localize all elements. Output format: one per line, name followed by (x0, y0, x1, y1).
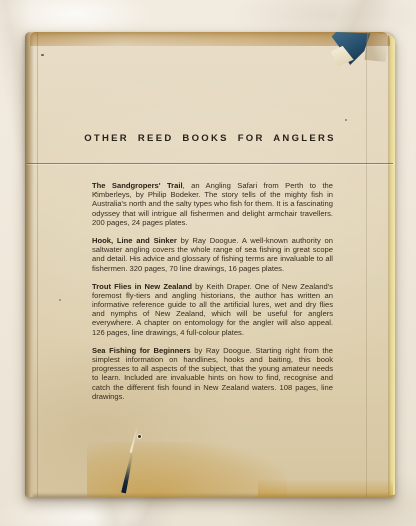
age-speck (41, 54, 44, 56)
listing-trout-flies-nz: Trout Flies in New Zealand by Keith Drap… (92, 282, 333, 337)
listing-title: Sea Fishing for Beginners (92, 346, 191, 355)
section-title: OTHER REED BOOKS FOR ANGLERS (25, 133, 395, 144)
listing-sea-fishing-beginners: Sea Fishing for Beginners by Ray Doogue.… (92, 346, 333, 401)
listing-title: The Sandgropers' Trail (92, 181, 183, 190)
book-spine-edge (25, 32, 34, 497)
book-page-edge (388, 35, 395, 495)
listing-description: by Ray Doogue. Starting right from the s… (92, 346, 333, 401)
book-back-cover: OTHER REED BOOKS FOR ANGLERS The Sandgro… (25, 32, 395, 497)
bottom-stain (87, 442, 287, 497)
jacket-crease-right (366, 32, 367, 497)
divider-rule (27, 163, 393, 164)
book-listings: The Sandgropers' Trail, an Angling Safar… (92, 181, 333, 410)
jacket-crease-left (37, 32, 38, 497)
listing-description: by Keith Draper. One of New Zealand's fo… (92, 282, 333, 337)
listing-sandgropers-trail: The Sandgropers' Trail, an Angling Safar… (92, 181, 333, 227)
listing-title: Hook, Line and Sinker (92, 236, 177, 245)
listing-hook-line-sinker: Hook, Line and Sinker by Ray Doogue. A w… (92, 236, 333, 273)
corner-fold (365, 32, 389, 62)
age-speck (59, 299, 61, 301)
listing-title: Trout Flies in New Zealand (92, 282, 192, 291)
bottom-right-stain (258, 479, 393, 497)
age-speck (345, 119, 347, 121)
age-speck (95, 192, 97, 194)
pin-hole (138, 435, 141, 438)
